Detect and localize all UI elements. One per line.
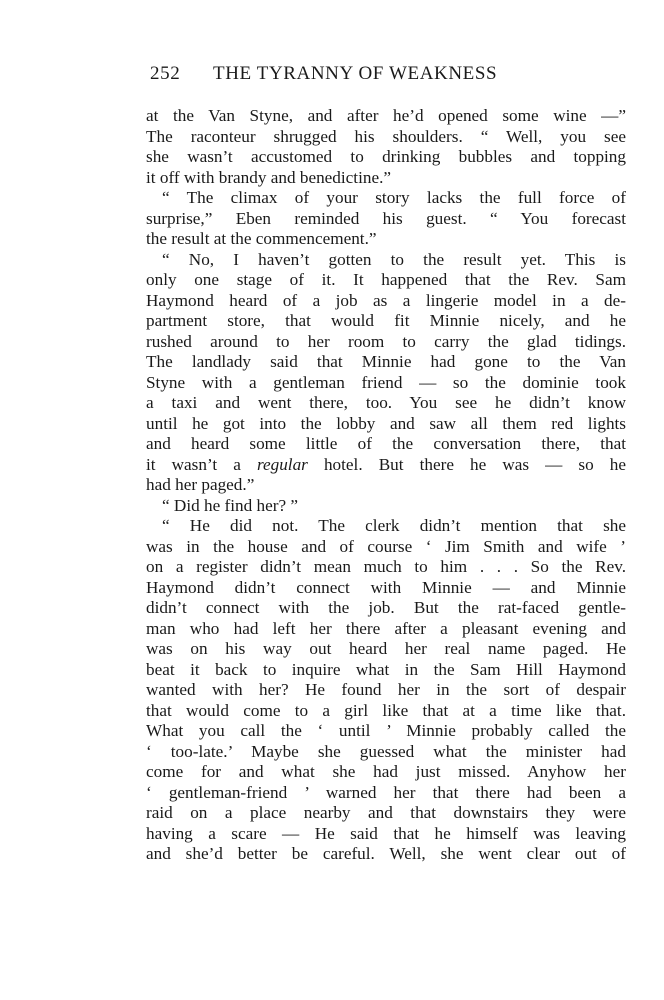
text-line: she wasn’t accustomed to drinking bubble… <box>146 147 626 168</box>
text-line: partment store, that would fit Minnie ni… <box>146 311 626 332</box>
text-line: was in the house and of course ‘ Jim Smi… <box>146 537 626 558</box>
text-line: had her paged.” <box>146 475 626 496</box>
text-line: “ No, I haven’t gotten to the result yet… <box>146 250 626 271</box>
text-line: was on his way out heard her real name p… <box>146 639 626 660</box>
text-line: ‘ too-late.’ Maybe she guessed what the … <box>146 742 626 763</box>
text-line: Haymond didn’t connect with Minnie — and… <box>146 578 626 599</box>
text-line: come for and what she had just missed. A… <box>146 762 626 783</box>
text-line: didn’t connect with the job. But the rat… <box>146 598 626 619</box>
text-line: only one stage of it. It happened that t… <box>146 270 626 291</box>
text-line: and she’d better be careful. Well, she w… <box>146 844 626 865</box>
text-line: “ Did he find her? ” <box>146 496 626 517</box>
italic-emphasis: regular <box>257 455 308 474</box>
text-line: at the Van Styne, and after he’d opened … <box>146 106 626 127</box>
text-line: What you call the ‘ until ’ Minnie proba… <box>146 721 626 742</box>
text-line: it off with brandy and benedictine.” <box>146 168 626 189</box>
page-number: 252 <box>150 63 180 85</box>
text-line: wanted with her? He found her in the sor… <box>146 680 626 701</box>
text-line: having a scare — He said that he himself… <box>146 824 626 845</box>
body-text: at the Van Styne, and after he’d opened … <box>146 106 626 865</box>
text-line: a taxi and went there, too. You see he d… <box>146 393 626 414</box>
text-line: it wasn’t a regular hotel. But there he … <box>146 455 626 476</box>
text-line: the result at the commencement.” <box>146 229 626 250</box>
text-segment: it wasn’t a <box>146 455 257 474</box>
text-line: The raconteur shrugged his shoulders. “ … <box>146 127 626 148</box>
text-line: that would come to a girl like that at a… <box>146 701 626 722</box>
text-line: “ The climax of your story lacks the ful… <box>146 188 626 209</box>
text-line: “ He did not. The clerk didn’t mention t… <box>146 516 626 537</box>
text-line: beat it back to inquire what in the Sam … <box>146 660 626 681</box>
text-line: until he got into the lobby and saw all … <box>146 414 626 435</box>
text-line: man who had left her there after a pleas… <box>146 619 626 640</box>
running-header: 252 THE TYRANNY OF WEAKNESS <box>150 63 625 87</box>
text-segment: hotel. But there he was — so he <box>308 455 626 474</box>
text-line: on a register didn’t mean much to him . … <box>146 557 626 578</box>
text-line: raid on a place nearby and that downstai… <box>146 803 626 824</box>
text-line: surprise,” Eben reminded his guest. “ Yo… <box>146 209 626 230</box>
text-line: and heard some little of the conversatio… <box>146 434 626 455</box>
text-line: The landlady said that Minnie had gone t… <box>146 352 626 373</box>
book-page: 252 THE TYRANNY OF WEAKNESS at the Van S… <box>0 0 664 1000</box>
text-line: rushed around to her room to carry the g… <box>146 332 626 353</box>
running-title: THE TYRANNY OF WEAKNESS <box>213 63 497 85</box>
text-line: Haymond heard of a job as a lingerie mod… <box>146 291 626 312</box>
text-line: Styne with a gentleman friend — so the d… <box>146 373 626 394</box>
text-line: ‘ gentleman-friend ’ warned her that the… <box>146 783 626 804</box>
